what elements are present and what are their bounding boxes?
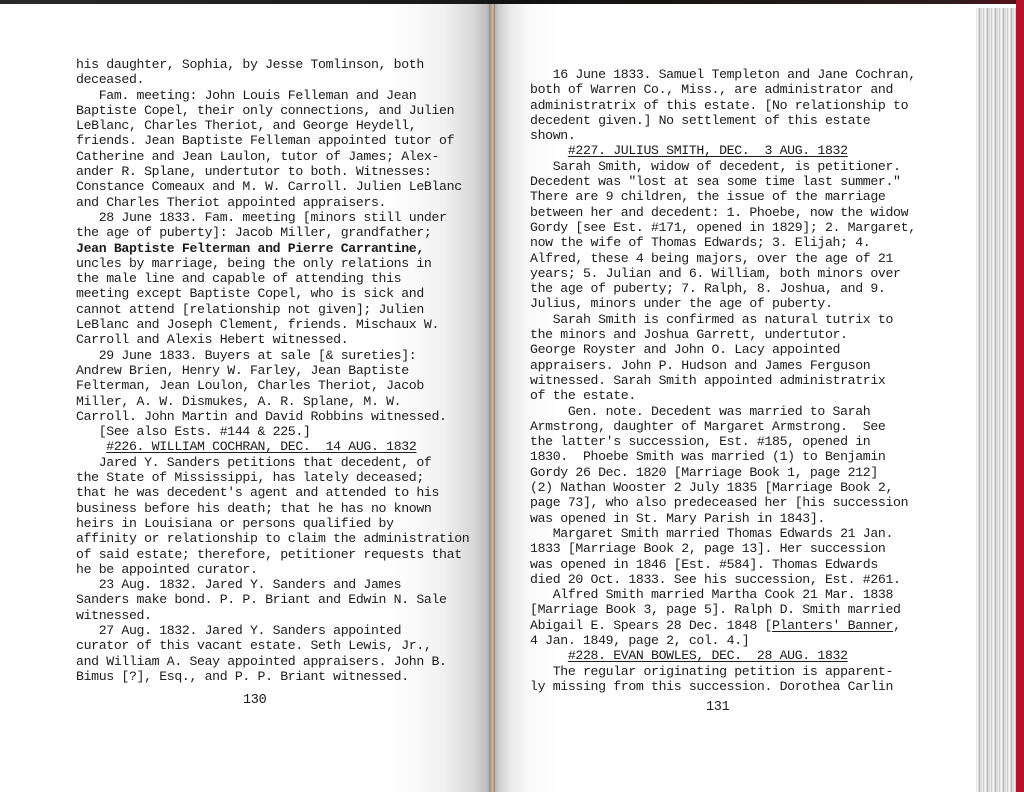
text-line: that he was decedent's agent and attende… — [76, 485, 469, 500]
text-line: the age of puberty; 7. Ralph, 8. Joshua,… — [530, 281, 916, 296]
book-gutter — [489, 4, 495, 792]
page-stack-edge — [976, 8, 1016, 792]
text-line: Fam. meeting: John Louis Felleman and Je… — [76, 88, 469, 103]
text-line: of the estate. — [530, 388, 916, 403]
text-line: 1830. Phoebe Smith was married (1) to Be… — [530, 449, 916, 464]
text-line: 16 June 1833. Samuel Templeton and Jane … — [530, 67, 916, 82]
estate-heading: #228. EVAN BOWLES, DEC. 28 AUG. 1832 — [530, 648, 916, 663]
text-line: Carroll. John Martin and David Robbins w… — [76, 409, 469, 424]
text-line: There are 9 children, the issue of the m… — [530, 189, 916, 204]
text-line: Felterman, Jean Loulon, Charles Theriot,… — [76, 378, 469, 393]
text-line: The regular originating petition is appa… — [530, 664, 916, 679]
text-line: curator of this vacant estate. Seth Lewi… — [76, 638, 469, 653]
text-line: Andrew Brien, Henry W. Farley, Jean Bapt… — [76, 363, 469, 378]
text-line: ander R. Splane, undertutor to both. Wit… — [76, 164, 469, 179]
text-line: the latter's succession, Est. #185, open… — [530, 434, 916, 449]
text-line: cannot attend [relationship not given]; … — [76, 302, 469, 317]
estate-heading-text: #226. WILLIAM COCHRAN, DEC. 14 AUG. 1832 — [106, 439, 416, 454]
text-line: LeBlanc and Joseph Clement, friends. Mis… — [76, 317, 469, 332]
text-line: now the wife of Thomas Edwards; 3. Elija… — [530, 235, 916, 250]
text-line: Gen. note. Decedent was married to Sarah — [530, 404, 916, 419]
text-line: and William A. Seay appointed appraisers… — [76, 654, 469, 669]
text-line: 23 Aug. 1832. Jared Y. Sanders and James — [76, 577, 469, 592]
text-line: Julius, minors under the age of puberty. — [530, 296, 916, 311]
text-line: both of Warren Co., Miss., are administr… — [530, 82, 916, 97]
text-line: Baptiste Copel, their only connections, … — [76, 103, 469, 118]
text-line: [See also Ests. #144 & 225.] — [76, 424, 469, 439]
text-line: and Charles Theriot appointed appraisers… — [76, 195, 469, 210]
text-line: Decedent was "lost at sea some time last… — [530, 174, 916, 189]
text-line: 28 June 1833. Fam. meeting [minors still… — [76, 210, 469, 225]
text-line: 4 Jan. 1849, page 2, col. 4.] — [530, 633, 916, 648]
text-line: friends. Jean Baptiste Felleman appointe… — [76, 133, 469, 148]
left-page-text: his daughter, Sophia, by Jesse Tomlinson… — [76, 57, 469, 684]
text-line: Sanders make bond. P. P. Briant and Edwi… — [76, 592, 469, 607]
text-line: appraisers. John P. Hudson and James Fer… — [530, 358, 916, 373]
left-page-number: 130 — [243, 693, 266, 708]
text-line: his daughter, Sophia, by Jesse Tomlinson… — [76, 57, 469, 72]
text-line: [Marriage Book 3, page 5]. Ralph D. Smit… — [530, 602, 916, 617]
text-line: LeBlanc, Charles Theriot, and George Hey… — [76, 118, 469, 133]
text-line: Alfred Smith married Martha Cook 21 Mar.… — [530, 587, 916, 602]
text-line: Margaret Smith married Thomas Edwards 21… — [530, 526, 916, 541]
text-line: meeting except Baptiste Copel, who is si… — [76, 286, 469, 301]
right-page-text: 16 June 1833. Samuel Templeton and Jane … — [530, 67, 916, 694]
text-line: Bimus [?], Esq., and P. P. Briant witnes… — [76, 669, 469, 684]
right-page-number: 131 — [706, 700, 729, 715]
text-line: Alfred, these 4 being majors, over the a… — [530, 251, 916, 266]
text-line: heirs in Louisiana or persons qualified … — [76, 516, 469, 531]
text-line: the male line and capable of attending t… — [76, 271, 469, 286]
estate-heading-text: #228. EVAN BOWLES, DEC. 28 AUG. 1832 — [568, 648, 848, 663]
text-line: shown. — [530, 128, 916, 143]
text-line: was opened in 1846 [Est. #584]. Thomas E… — [530, 557, 916, 572]
text-line: witnessed. — [76, 608, 469, 623]
text-line: Sarah Smith, widow of decedent, is petit… — [530, 159, 916, 174]
text-line: Jean Baptiste Felterman and Pierre Carra… — [76, 241, 469, 256]
text-line: Constance Comeaux and M. W. Carroll. Jul… — [76, 179, 469, 194]
text-line: Miller, A. W. Dismukes, A. R. Splane, M.… — [76, 394, 469, 409]
text-line: Gordy 26 Dec. 1820 [Marriage Book 1, pag… — [530, 465, 916, 480]
text-line: Abigail E. Spears 28 Dec. 1848 [Planters… — [530, 618, 916, 633]
newspaper-title: Planters' Banner — [772, 618, 893, 633]
text-line: Gordy [see Est. #171, opened in 1829]; 2… — [530, 220, 916, 235]
text-line: between her and decedent: 1. Phoebe, now… — [530, 205, 916, 220]
text-line: the age of puberty]: Jacob Miller, grand… — [76, 225, 469, 240]
text-line: Catherine and Jean Laulon, tutor of Jame… — [76, 149, 469, 164]
text-line: Carroll and Alexis Hebert witnessed. — [76, 332, 469, 347]
text-line: he be appointed curator. — [76, 562, 469, 577]
text-line: George Royster and John O. Lacy appointe… — [530, 342, 916, 357]
text-line: was opened in St. Mary Parish in 1843]. — [530, 511, 916, 526]
text-line: died 20 Oct. 1833. See his succession, E… — [530, 572, 916, 587]
estate-heading-text: #227. JULIUS SMITH, DEC. 3 AUG. 1832 — [568, 143, 848, 158]
text-line: administratrix of this estate. [No relat… — [530, 98, 916, 113]
text-line: witnessed. Sarah Smith appointed adminis… — [530, 373, 916, 388]
text-line: the State of Mississippi, has lately dec… — [76, 470, 469, 485]
text-line: 27 Aug. 1832. Jared Y. Sanders appointed — [76, 623, 469, 638]
text-line: years; 5. Julian and 6. William, both mi… — [530, 266, 916, 281]
text-line: 29 June 1833. Buyers at sale [& sureties… — [76, 348, 469, 363]
text-line: (2) Nathan Wooster 2 July 1835 [Marriage… — [530, 480, 916, 495]
book-cover-edge — [1016, 0, 1024, 792]
text-line: uncles by marriage, being the only relat… — [76, 256, 469, 271]
text-line: business before his death; that he has n… — [76, 501, 469, 516]
text-line: ly missing from this succession. Dorothe… — [530, 679, 916, 694]
estate-heading: #227. JULIUS SMITH, DEC. 3 AUG. 1832 — [530, 143, 916, 158]
text-line: the minors and Joshua Garrett, undertuto… — [530, 327, 916, 342]
text-line: Armstrong, daughter of Margaret Armstron… — [530, 419, 916, 434]
text-line: Jared Y. Sanders petitions that decedent… — [76, 455, 469, 470]
text-line: 1833 [Marriage Book 2, page 13]. Her suc… — [530, 541, 916, 556]
text-line: deceased. — [76, 72, 469, 87]
text-line: affinity or relationship to claim the ad… — [76, 531, 469, 546]
text-line: Sarah Smith is confirmed as natural tutr… — [530, 312, 916, 327]
text-line: of said estate; therefore, petitioner re… — [76, 547, 469, 562]
estate-heading: #226. WILLIAM COCHRAN, DEC. 14 AUG. 1832 — [76, 439, 469, 454]
text-line: decedent given.] No settlement of this e… — [530, 113, 916, 128]
text-line: page 73], who also predeceased her [his … — [530, 495, 916, 510]
